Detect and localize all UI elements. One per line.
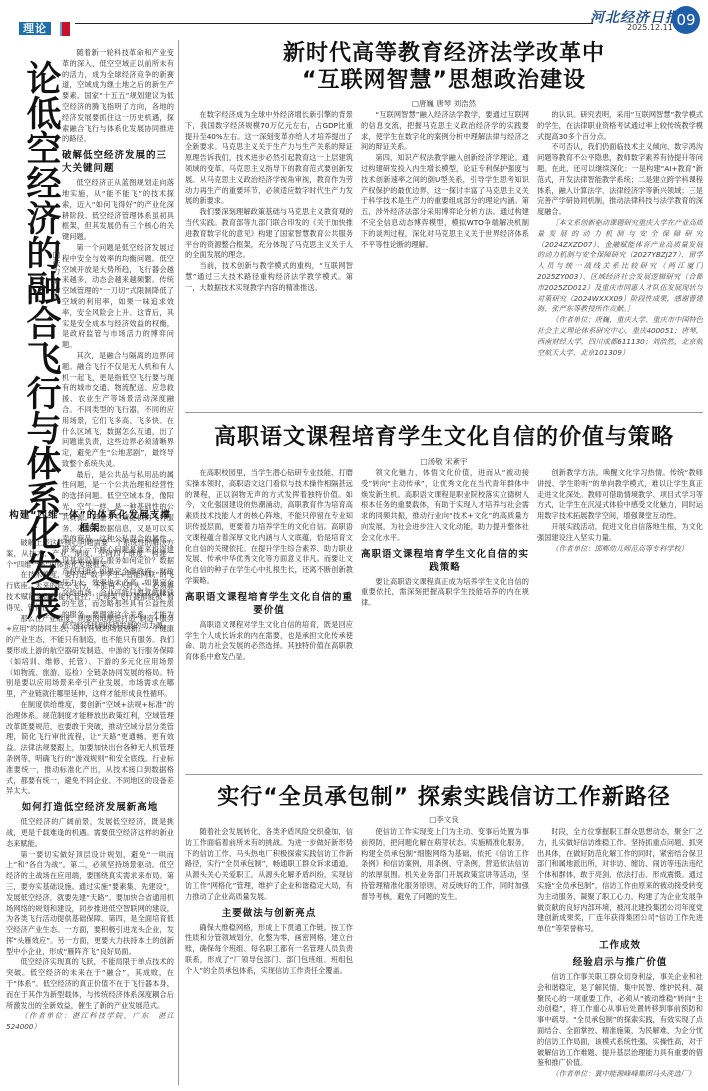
- article2-col2: “互联网智慧”融入经济法学教学，要通过互联网的信息交流，把握马克思主义政治经济学…: [361, 110, 529, 406]
- article4-heading-3: 经验启示与推广价值: [537, 956, 703, 969]
- top-rule: [75, 23, 593, 24]
- article4-byline: □李文良: [185, 814, 703, 825]
- article2-author-note: （作者单位：唐巍，重庆大学、重庆市中国特色社会主义理论体系研究中心，重庆4000…: [537, 315, 703, 358]
- column-divider: [178, 40, 179, 1085]
- article1-paragraph: 低空经济正从蓝图规划走向落地实施，从“能不能飞”的技术探索，迈入“如何飞得好”的…: [62, 178, 174, 243]
- article3-col1: 在高职校园里，当学生潜心钻研专业技能、打磨实操本领时，高职语文这门看似与技术操作…: [185, 468, 353, 768]
- article3-paragraph: 要让高职语文课程真正成为培养学生文化自信的重要依托，需深刻把握高职学生技能培养的…: [361, 577, 529, 609]
- article1-intro: 随着新一轮科技革命和产业变革的深入，低空空域正以前所未有的活力，成为全球经济竞争…: [62, 48, 174, 145]
- article1-paragraph: 在制度供给维度，要创新“空域+法规+标准”的治理体系。规范制度才能释放出政策红利…: [6, 700, 174, 797]
- article1-paragraph: 破解上述这些核心问题需要一个系统性的解决方案，从技术、产业、制度、空间四个维度，…: [6, 538, 174, 570]
- article1-paragraph: 低空经济的广阔前景，发展低空经济，既是挑战，更是千载难逢的机遇。需要低空经济这样…: [6, 817, 174, 849]
- article2-title: 新时代高等教育经济法学改革中 “互联网智慧”思想政治建设: [185, 40, 703, 94]
- article-divider: [185, 412, 703, 413]
- article2-funding-note: ［本文系创新驱动课题研究重庆大学在产业高质量发展的动力机制与安全保障研究（202…: [537, 218, 703, 315]
- article3-paragraph: 高职语文课程对学生文化自信的培育，既是回应学生个人成长诉求的内在需要，也是承担文…: [185, 620, 353, 663]
- article4-title: 实行“全员承包制” 探索实践信访工作新路径: [185, 783, 703, 813]
- article3-col2: 领文化魅力、体悟文化价值，进而从“被动接受”转向“主动传承”，让优秀文化在当代青…: [361, 468, 529, 768]
- article3-paragraph: 创新教学方法，唤醒文化学习热情。传统“教师讲授、学生聆听”的单向教学模式，难以让…: [537, 468, 703, 522]
- article4-paragraph: 信访工作事关职工群众切身利益，事关企业和社会和谐稳定，是了解民情、集中民智、维护…: [537, 972, 703, 1069]
- article2-title-line1: 新时代高等教育经济法学改革中: [185, 40, 703, 67]
- section-flag-icon: [60, 22, 70, 36]
- article2-col1: 在数字经济成为全球中外经济增长新引擎的背景下，我国数字经济规模70万亿元左右，占…: [185, 110, 353, 406]
- article2-paragraph: 第四，知识产权法教学融入创新经济学理论。通过构建研发投入内生增长模型，论证专利保…: [361, 153, 529, 250]
- article2-col3: 的认识。研究表明，采用“互联网智慧”教学模式的学生，在法律职业资格考试通过率上较…: [537, 110, 703, 406]
- article2-paragraph: 我们要深刻理解政策基础与马克思主义教育观的当代实践。教育部等九部门联合印发的《关…: [185, 207, 353, 261]
- issue-date: 2025.12.11: [627, 23, 673, 32]
- section-tag: 理论: [19, 22, 51, 35]
- article1-paragraph: 在技术维度，要打造“数字孪生+智能网联”的飞行底座。未来的低空飞行，不能再“人盯…: [6, 570, 174, 613]
- article3-byline: □汤敬 宋紊宇: [185, 456, 703, 467]
- article4-col2: 使信访工作实现变上门为主动、变事后处置为事前预防，把问题化解在萌芽状态。实施精准…: [361, 827, 529, 1087]
- article4-heading-1: 主要做法与创新亮点: [185, 907, 353, 920]
- article4-col3: 时段，全方位掌握职工群众思想动态，聚全厂之力，扎实做好信访维稳工作。坚持抓重点问…: [537, 827, 703, 1087]
- article4-author-note: （作者单位：冀中能源峰峰集团马头洗选厂）: [537, 1069, 703, 1080]
- article2-paragraph: 在数字经济成为全球中外经济增长新引擎的背景下，我国数字经济规模70万亿元左右，占…: [185, 110, 353, 207]
- article3-paragraph: 领文化魅力、体悟文化价值，进而从“被动接受”转向“主动传承”，让优秀文化在当代青…: [361, 468, 529, 544]
- article4-heading-2: 工作成效: [537, 939, 703, 952]
- article2-byline: □唐巍 唐琴 刘浩然: [185, 98, 703, 109]
- article1-paragraph: 那么在产业维度，则要因地制宜打造“制造+服务+应用”的协同生态，进行有效的场景创…: [6, 614, 174, 700]
- article3-paragraph: 在高职校园里，当学生潜心钻研专业技能、打磨实操本领时，高职语文这门看似与技术操作…: [185, 468, 353, 587]
- article4-col1: 随着社会发展转化，各类矛盾风险交织叠加，信访工作面临着前所未有的挑战。为进一步做…: [185, 827, 353, 1087]
- article3-title: 高职语文课程培育学生文化自信的价值与策略: [185, 423, 703, 453]
- article3-heading-2: 高职语文课程培育学生文化自信的实践策略: [361, 548, 529, 574]
- article2-title-line2: “互联网智慧”思想政治建设: [185, 67, 703, 94]
- article3-author-note: （作者单位：邯郸幼儿师范高等专科学校）: [537, 544, 703, 555]
- article-divider: [185, 774, 703, 775]
- article2-paragraph: 不可否认，我们仍面临技术主义倾向、数字鸿沟问题等教育不公平隐患，教师数字素养有待…: [537, 142, 703, 218]
- article4-paragraph: 随着社会发展转化，各类矛盾风险交织叠加，信访工作面临着前所未有的挑战。为进一步做…: [185, 827, 353, 903]
- article1-paragraph: 低空经济实现真的飞跃，不能局限于单点技术的突破。低空经济的未来在于“融合”，其成…: [6, 957, 174, 1011]
- article2-paragraph: 当前，技术创新与教学模式的重构，“互联网智慧”通过三大技术路径重构经济法学教学模…: [185, 261, 353, 293]
- article2-paragraph: “互联网智慧”融入经济法学教学，要通过互联网的信息交流，把握马克思主义政治经济学…: [361, 110, 529, 153]
- article1-byline: □张力 何为民: [49, 250, 61, 302]
- article1-author-note: （作者单位：湛江科技学院，广东 湛江524000）: [6, 1011, 174, 1033]
- article3-heading-1: 高职语文课程培育学生文化自信的重要价值: [185, 591, 353, 617]
- article1-paragraph: 第一要切实做好顶层设计规划，避免“一哄而上”和“各自为战”。第二，必须坚持场景驱…: [6, 850, 174, 958]
- article1-paragraph: 其次，是融合与隔离的边界问题。融合飞行不仅是无人机和有人机一起飞，更是指低空飞行…: [62, 351, 174, 470]
- article3-paragraph: 开展实践活动，促进文化自信落地生根，为文化强国建设注入坚实力量。: [537, 522, 703, 544]
- article1-paragraph: 第一个问题是低空经济发展过程中安全与效率的均衡问题。低空空域开放是大势所趋，飞行…: [62, 243, 174, 351]
- article1-heading-2: 构建“四维一体”的体系化发展支撑框架: [6, 509, 174, 535]
- page-number-badge: 09: [672, 6, 700, 34]
- article4-paragraph: 确保大维稳网格，形成上下贯通工作链。按工作性质和分管领域划分，化整为零，画密网格…: [185, 923, 353, 977]
- article4-paragraph: 使信访工作实现变上门为主动、变事后处置为事前预防，把问题化解在萌芽状态。实施精准…: [361, 827, 529, 903]
- article1-heading-3: 如何打造低空经济发展新高地: [6, 801, 174, 814]
- article1-heading-1: 破解低空经济发展的三大关键问题: [62, 149, 174, 175]
- article2-paragraph: 的认识。研究表明，采用“互联网智慧”教学模式的学生，在法律职业资格考试通过率上较…: [537, 110, 703, 142]
- article1-body-lower: 构建“四维一体”的体系化发展支撑框架 破解上述这些核心问题需要一个系统性的解决方…: [6, 505, 174, 1085]
- article4-paragraph: 时段，全方位掌握职工群众思想动态，聚全厂之力，扎实做好信访维稳工作。坚持抓重点问…: [537, 827, 703, 935]
- article3-col3: 创新教学方法，唤醒文化学习热情。传统“教师讲授、学生聆听”的单向教学模式，难以让…: [537, 468, 703, 768]
